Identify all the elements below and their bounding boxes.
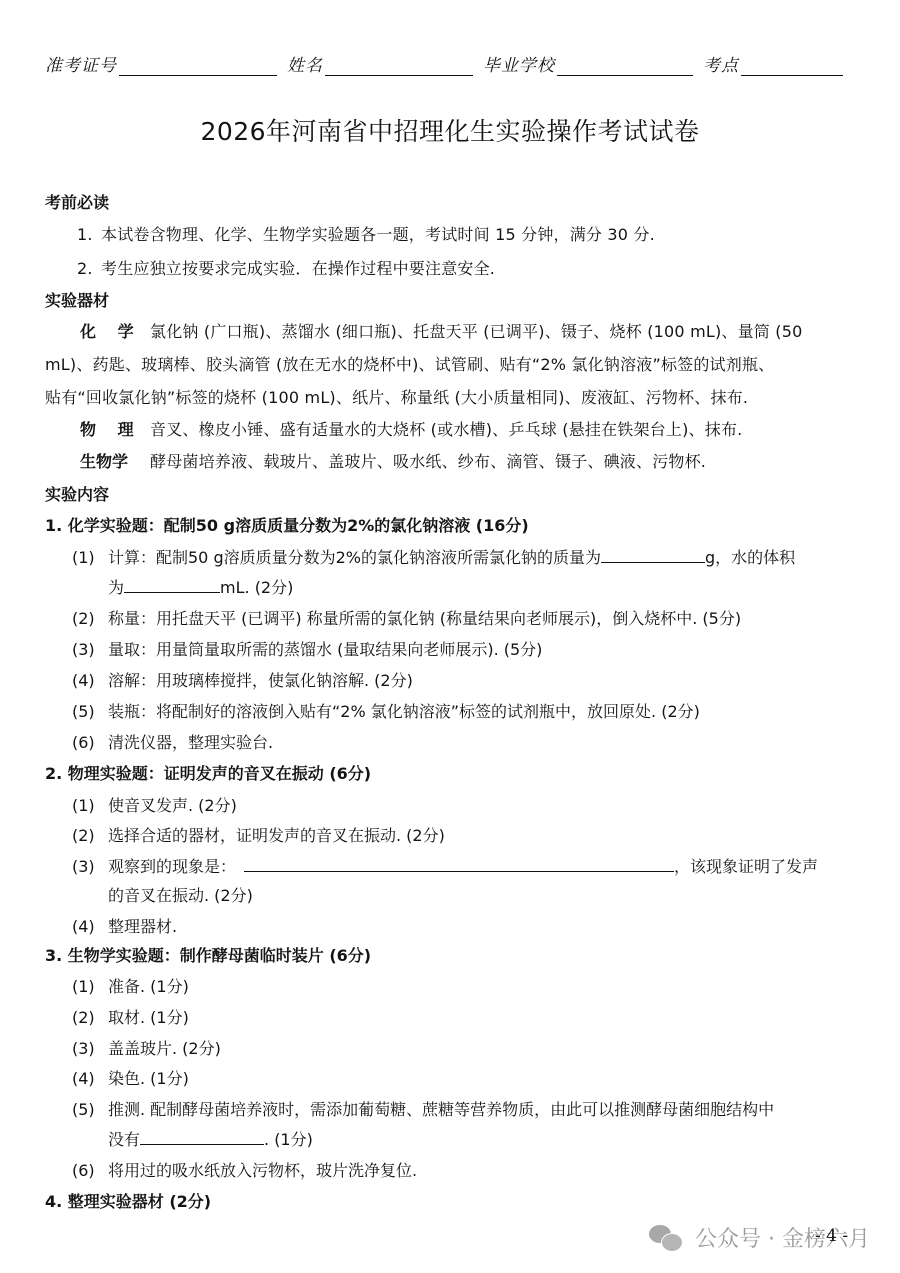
content-heading: 实验内容: [45, 482, 109, 505]
question-1-title: 1. 化学实验题：配制50 g溶质质量分数为2%的氯化钠溶液 (16分): [45, 513, 529, 536]
nacl-mass-blank[interactable]: [601, 548, 705, 563]
equipment-biology: 生物学酵母菌培养液、载玻片、盖玻片、吸水纸、纱布、滴管、镊子、碘液、污物杯.: [80, 449, 706, 472]
prereading-item: 2.考生应独立按要求完成实验．在操作过程中要注意安全.: [77, 256, 495, 279]
name-field[interactable]: 姓名: [287, 51, 483, 76]
field-label: 姓名: [287, 51, 323, 76]
water-volume-blank[interactable]: [124, 578, 220, 593]
phenomenon-blank[interactable]: [244, 857, 674, 872]
admission-number-field[interactable]: 准考证号: [45, 51, 287, 76]
exam-page: 准考证号 姓名 毕业学校 考点 2026年河南省中招理化生实验操作考试试卷 考前…: [0, 0, 900, 1273]
q1-item-4: (4)溶解：用玻璃棒搅拌，使氯化钠溶解. (2分): [72, 668, 413, 691]
q2-item-1: (1)使音叉发声. (2分): [72, 793, 237, 816]
question-3-title: 3. 生物学实验题：制作酵母菌临时装片 (6分): [45, 943, 371, 966]
page-number: - 4 -: [815, 1226, 848, 1246]
q3-item-4: (4)染色. (1分): [72, 1066, 189, 1089]
equipment-chemistry-cont: mL)、药匙、玻璃棒、胶头滴管 (放在无水的烧杯中)、试管刷、贴有“2% 氯化钠…: [45, 352, 774, 375]
q1-item-2: (2)称量：用托盘天平 (已调平) 称量所需的氯化钠 (称量结果向老师展示)，倒…: [72, 606, 741, 629]
q1-item-1: (1)计算：配制50 g溶质质量分数为2%的氯化钠溶液所需氯化钠的质量为g，水的…: [72, 545, 795, 568]
prereading-heading: 考前必读: [45, 190, 109, 213]
equipment-heading: 实验器材: [45, 288, 109, 311]
q3-item-5-cont: 没有. (1分): [108, 1127, 313, 1150]
q3-item-3: (3)盖盖玻片. (2分): [72, 1036, 221, 1059]
q3-item-1: (1)准备. (1分): [72, 974, 189, 997]
exam-site-field[interactable]: 考点: [703, 51, 843, 76]
candidate-info-fields: 准考证号 姓名 毕业学校 考点: [45, 50, 855, 76]
field-label: 准考证号: [45, 51, 117, 76]
q2-item-2: (2)选择合适的器材，证明发声的音叉在振动. (2分): [72, 823, 445, 846]
q3-item-6: (6)将用过的吸水纸放入污物杯，玻片洗净复位.: [72, 1158, 417, 1181]
q1-item-6: (6)清洗仪器，整理实验台.: [72, 730, 273, 753]
q3-item-2: (2)取材. (1分): [72, 1005, 189, 1028]
equipment-chemistry-cont: 贴有“回收氯化钠”标签的烧杯 (100 mL)、纸片、称量纸 (大小质量相同)、…: [45, 385, 748, 408]
q3-item-5: (5)推测. 配制酵母菌培养液时，需添加葡萄糖、蔗糖等营养物质，由此可以推测酵母…: [72, 1097, 774, 1120]
q2-item-3: (3)观察到的现象是：，该现象证明了发声: [72, 854, 818, 877]
q2-item-4: (4)整理器材.: [72, 914, 177, 937]
page-title: 2026年河南省中招理化生实验操作考试试卷: [0, 112, 900, 148]
q1-item-1-cont: 为mL. (2分): [108, 575, 293, 598]
field-label: 考点: [703, 51, 739, 76]
field-label: 毕业学校: [483, 51, 555, 76]
question-4-title: 4. 整理实验器材 (2分): [45, 1189, 211, 1212]
school-blank[interactable]: [557, 57, 693, 76]
q1-item-3: (3)量取：用量筒量取所需的蒸馏水 (量取结果向老师展示). (5分): [72, 637, 542, 660]
admission-number-blank[interactable]: [119, 57, 277, 76]
question-2-title: 2. 物理实验题：证明发声的音叉在振动 (6分): [45, 761, 371, 784]
equipment-physics: 物 理音叉、橡皮小锤、盛有适量水的大烧杯 (或水槽)、乒乓球 (悬挂在铁架台上)…: [80, 417, 742, 440]
q2-item-3-cont: 的音叉在振动. (2分): [108, 883, 253, 906]
cell-structure-blank[interactable]: [140, 1130, 264, 1145]
exam-site-blank[interactable]: [741, 57, 843, 76]
subject-label: 化 学: [80, 319, 150, 342]
subject-label: 物 理: [80, 417, 150, 440]
wechat-icon: [649, 1223, 685, 1253]
school-field[interactable]: 毕业学校: [483, 51, 703, 76]
equipment-chemistry: 化 学氯化钠 (广口瓶)、蒸馏水 (细口瓶)、托盘天平 (已调平)、镊子、烧杯 …: [80, 319, 803, 342]
subject-label: 生物学: [80, 449, 150, 472]
q1-item-5: (5)装瓶：将配制好的溶液倒入贴有“2% 氯化钠溶液”标签的试剂瓶中，放回原处.…: [72, 699, 700, 722]
prereading-item: 1.本试卷含物理、化学、生物学实验题各一题，考试时间 15 分钟，满分 30 分…: [77, 222, 655, 245]
name-blank[interactable]: [325, 57, 473, 76]
